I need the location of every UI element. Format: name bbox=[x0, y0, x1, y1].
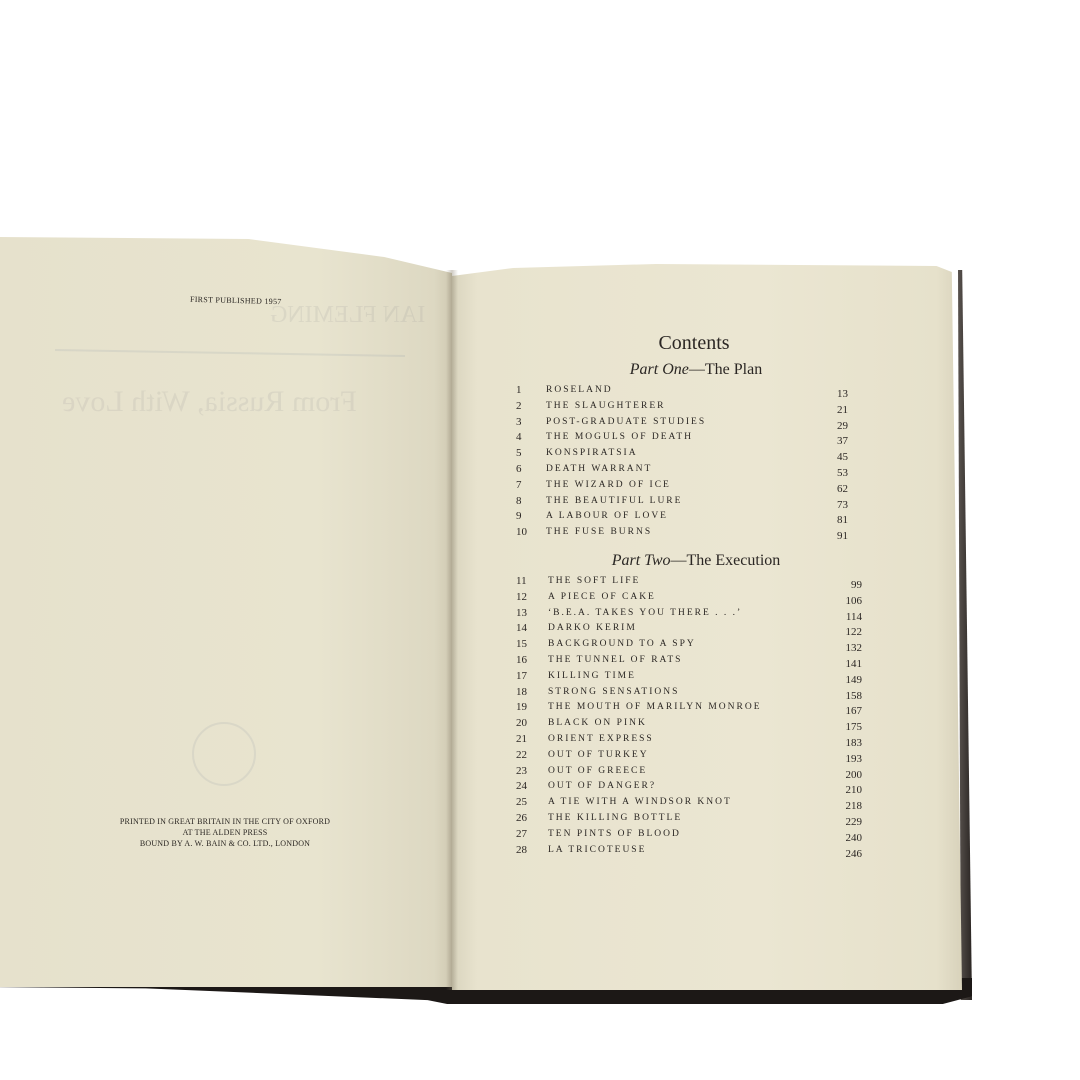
chapter-page: 29 bbox=[837, 420, 848, 432]
chapter-title: THE KILLING BOTTLE bbox=[548, 813, 682, 823]
part-label: Part One bbox=[630, 361, 689, 378]
chapter-num: 27 bbox=[516, 828, 538, 840]
part-heading: Part Two—The Execution bbox=[516, 552, 876, 570]
chapter-page: 45 bbox=[837, 451, 848, 463]
chapter-title: STRONG SENSATIONS bbox=[548, 687, 679, 697]
chapter-page: 240 bbox=[846, 832, 863, 844]
chapter-page: 13 bbox=[837, 388, 848, 400]
chapter-page: 91 bbox=[837, 530, 848, 542]
part-two: Part Two—The Execution 11THE SOFT LIFE99… bbox=[516, 552, 876, 859]
chapter-title: LA TRICOTEUSE bbox=[548, 845, 646, 855]
chapter-num: 15 bbox=[516, 638, 538, 650]
toc-entry: 11THE SOFT LIFE99 bbox=[516, 575, 876, 591]
toc-entry: 15BACKGROUND TO A SPY132 bbox=[516, 638, 876, 654]
toc-entry: 23OUT OF GREECE200 bbox=[516, 765, 876, 781]
toc-entry: 26THE KILLING BOTTLE229 bbox=[516, 812, 876, 828]
toc-entry: 14DARKO KERIM122 bbox=[516, 622, 876, 638]
chapter-page: 37 bbox=[837, 435, 848, 447]
chapter-page: 99 bbox=[851, 579, 862, 591]
chapter-num: 9 bbox=[516, 510, 538, 522]
chapter-num: 19 bbox=[516, 701, 538, 713]
part-dash: — bbox=[689, 361, 705, 378]
toc-entry: 16THE TUNNEL OF RATS141 bbox=[516, 654, 876, 670]
toc-entry: 10THE FUSE BURNS91 bbox=[516, 526, 876, 542]
chapter-num: 5 bbox=[516, 447, 538, 459]
chapter-title: ROSELAND bbox=[546, 385, 613, 395]
printer-line: AT THE ALDEN PRESS bbox=[90, 827, 360, 838]
chapter-num: 28 bbox=[516, 844, 538, 856]
toc-entry: 22OUT OF TURKEY193 bbox=[516, 749, 876, 765]
chapter-title: THE FUSE BURNS bbox=[546, 527, 652, 537]
table-of-contents: Contents Part One—The Plan 1ROSELAND132T… bbox=[516, 332, 876, 859]
chapter-num: 8 bbox=[516, 495, 538, 507]
chapter-page: 200 bbox=[846, 769, 863, 781]
chapter-num: 11 bbox=[516, 575, 538, 587]
toc-entry: 25A TIE WITH A WINDSOR KNOT218 bbox=[516, 796, 876, 812]
show-through-author: IAN FLEMING bbox=[270, 302, 425, 329]
part-heading: Part One—The Plan bbox=[516, 361, 876, 379]
chapter-page: 62 bbox=[837, 483, 848, 495]
chapter-title: KILLING TIME bbox=[548, 671, 636, 681]
chapter-list: 1ROSELAND132THE SLAUGHTERER213POST-GRADU… bbox=[516, 384, 876, 542]
chapter-title: THE TUNNEL OF RATS bbox=[548, 655, 682, 665]
chapter-title: OUT OF DANGER? bbox=[548, 781, 656, 791]
chapter-title: DEATH WARRANT bbox=[546, 464, 652, 474]
chapter-num: 2 bbox=[516, 400, 538, 412]
chapter-page: 73 bbox=[837, 499, 848, 511]
chapter-num: 17 bbox=[516, 670, 538, 682]
chapter-page: 167 bbox=[846, 705, 863, 717]
chapter-num: 21 bbox=[516, 733, 538, 745]
chapter-num: 26 bbox=[516, 812, 538, 824]
open-book: IAN FLEMING From Russia, With Love FIRST… bbox=[0, 0, 1080, 1080]
chapter-page: 229 bbox=[846, 816, 863, 828]
chapter-title: POST-GRADUATE STUDIES bbox=[546, 417, 706, 427]
chapter-page: 175 bbox=[846, 721, 863, 733]
toc-entry: 6DEATH WARRANT53 bbox=[516, 463, 876, 479]
toc-entry: 21ORIENT EXPRESS183 bbox=[516, 733, 876, 749]
toc-entry: 2THE SLAUGHTERER21 bbox=[516, 400, 876, 416]
part-title: The Execution bbox=[687, 552, 781, 569]
chapter-title: THE SLAUGHTERER bbox=[546, 401, 665, 411]
toc-entry: 18STRONG SENSATIONS158 bbox=[516, 686, 876, 702]
chapter-page: 81 bbox=[837, 514, 848, 526]
toc-entry: 13‘B.E.A. TAKES YOU THERE . . .’114 bbox=[516, 607, 876, 623]
chapter-title: KONSPIRATSIA bbox=[546, 448, 638, 458]
part-dash: — bbox=[671, 552, 687, 569]
chapter-page: 218 bbox=[846, 800, 863, 812]
chapter-num: 25 bbox=[516, 796, 538, 808]
chapter-num: 23 bbox=[516, 765, 538, 777]
toc-entry: 9A LABOUR OF LOVE81 bbox=[516, 510, 876, 526]
chapter-page: 246 bbox=[846, 848, 863, 860]
chapter-num: 20 bbox=[516, 717, 538, 729]
toc-entry: 28LA TRICOTEUSE246 bbox=[516, 844, 876, 860]
chapter-title: THE MOGULS OF DEATH bbox=[546, 432, 693, 442]
chapter-title: TEN PINTS OF BLOOD bbox=[548, 829, 681, 839]
part-label: Part Two bbox=[612, 552, 671, 569]
chapter-title: THE SOFT LIFE bbox=[548, 576, 640, 586]
publisher-emblem-icon bbox=[192, 722, 256, 786]
printer-line: PRINTED IN GREAT BRITAIN IN THE CITY OF … bbox=[90, 816, 360, 827]
chapter-title: A LABOUR OF LOVE bbox=[546, 511, 668, 521]
chapter-num: 12 bbox=[516, 591, 538, 603]
chapter-page: 106 bbox=[846, 595, 863, 607]
chapter-num: 13 bbox=[516, 607, 538, 619]
part-title: The Plan bbox=[705, 361, 762, 378]
chapter-page: 149 bbox=[846, 674, 863, 686]
chapter-title: THE MOUTH OF MARILYN MONROE bbox=[548, 702, 762, 712]
chapter-title: DARKO KERIM bbox=[548, 623, 637, 633]
contents-heading: Contents bbox=[512, 332, 876, 355]
toc-entry: 5KONSPIRATSIA45 bbox=[516, 447, 876, 463]
chapter-page: 183 bbox=[846, 737, 863, 749]
chapter-page: 132 bbox=[846, 642, 863, 654]
toc-entry: 8THE BEAUTIFUL LURE73 bbox=[516, 495, 876, 511]
chapter-num: 3 bbox=[516, 416, 538, 428]
chapter-title: ORIENT EXPRESS bbox=[548, 734, 654, 744]
show-through-title: From Russia, With Love bbox=[62, 385, 357, 419]
chapter-page: 193 bbox=[846, 753, 863, 765]
chapter-page: 53 bbox=[837, 467, 848, 479]
toc-entry: 1ROSELAND13 bbox=[516, 384, 876, 400]
chapter-num: 4 bbox=[516, 431, 538, 443]
toc-entry: 3POST-GRADUATE STUDIES29 bbox=[516, 416, 876, 432]
chapter-num: 6 bbox=[516, 463, 538, 475]
toc-entry: 17KILLING TIME149 bbox=[516, 670, 876, 686]
chapter-title: THE WIZARD OF ICE bbox=[546, 480, 671, 490]
chapter-num: 18 bbox=[516, 686, 538, 698]
toc-entry: 19THE MOUTH OF MARILYN MONROE167 bbox=[516, 701, 876, 717]
chapter-num: 14 bbox=[516, 622, 538, 634]
chapter-num: 10 bbox=[516, 526, 538, 538]
chapter-title: BLACK ON PINK bbox=[548, 718, 647, 728]
part-one: Part One—The Plan 1ROSELAND132THE SLAUGH… bbox=[516, 361, 876, 542]
printer-line: BOUND BY A. W. BAIN & CO. LTD., LONDON bbox=[90, 838, 360, 849]
chapter-page: 141 bbox=[846, 658, 863, 670]
chapter-page: 21 bbox=[837, 404, 848, 416]
chapter-title: BACKGROUND TO A SPY bbox=[548, 639, 696, 649]
chapter-num: 22 bbox=[516, 749, 538, 761]
toc-entry: 7THE WIZARD OF ICE62 bbox=[516, 479, 876, 495]
chapter-num: 24 bbox=[516, 780, 538, 792]
chapter-num: 7 bbox=[516, 479, 538, 491]
chapter-list: 11THE SOFT LIFE9912A PIECE OF CAKE10613‘… bbox=[516, 575, 876, 859]
toc-entry: 24OUT OF DANGER?210 bbox=[516, 780, 876, 796]
chapter-page: 158 bbox=[846, 690, 863, 702]
chapter-title: A PIECE OF CAKE bbox=[548, 592, 656, 602]
chapter-page: 114 bbox=[846, 611, 862, 623]
chapter-title: OUT OF TURKEY bbox=[548, 750, 649, 760]
chapter-title: A TIE WITH A WINDSOR KNOT bbox=[548, 797, 732, 807]
toc-entry: 20BLACK ON PINK175 bbox=[516, 717, 876, 733]
toc-entry: 27TEN PINTS OF BLOOD240 bbox=[516, 828, 876, 844]
chapter-num: 1 bbox=[516, 384, 538, 396]
chapter-page: 122 bbox=[846, 626, 863, 638]
chapter-num: 16 bbox=[516, 654, 538, 666]
chapter-title: THE BEAUTIFUL LURE bbox=[546, 496, 682, 506]
chapter-page: 210 bbox=[846, 784, 863, 796]
chapter-title: ‘B.E.A. TAKES YOU THERE . . .’ bbox=[548, 608, 742, 618]
toc-entry: 12A PIECE OF CAKE106 bbox=[516, 591, 876, 607]
toc-entry: 4THE MOGULS OF DEATH37 bbox=[516, 431, 876, 447]
book-gutter bbox=[446, 270, 458, 990]
printer-imprint: PRINTED IN GREAT BRITAIN IN THE CITY OF … bbox=[90, 816, 360, 849]
chapter-title: OUT OF GREECE bbox=[548, 766, 647, 776]
